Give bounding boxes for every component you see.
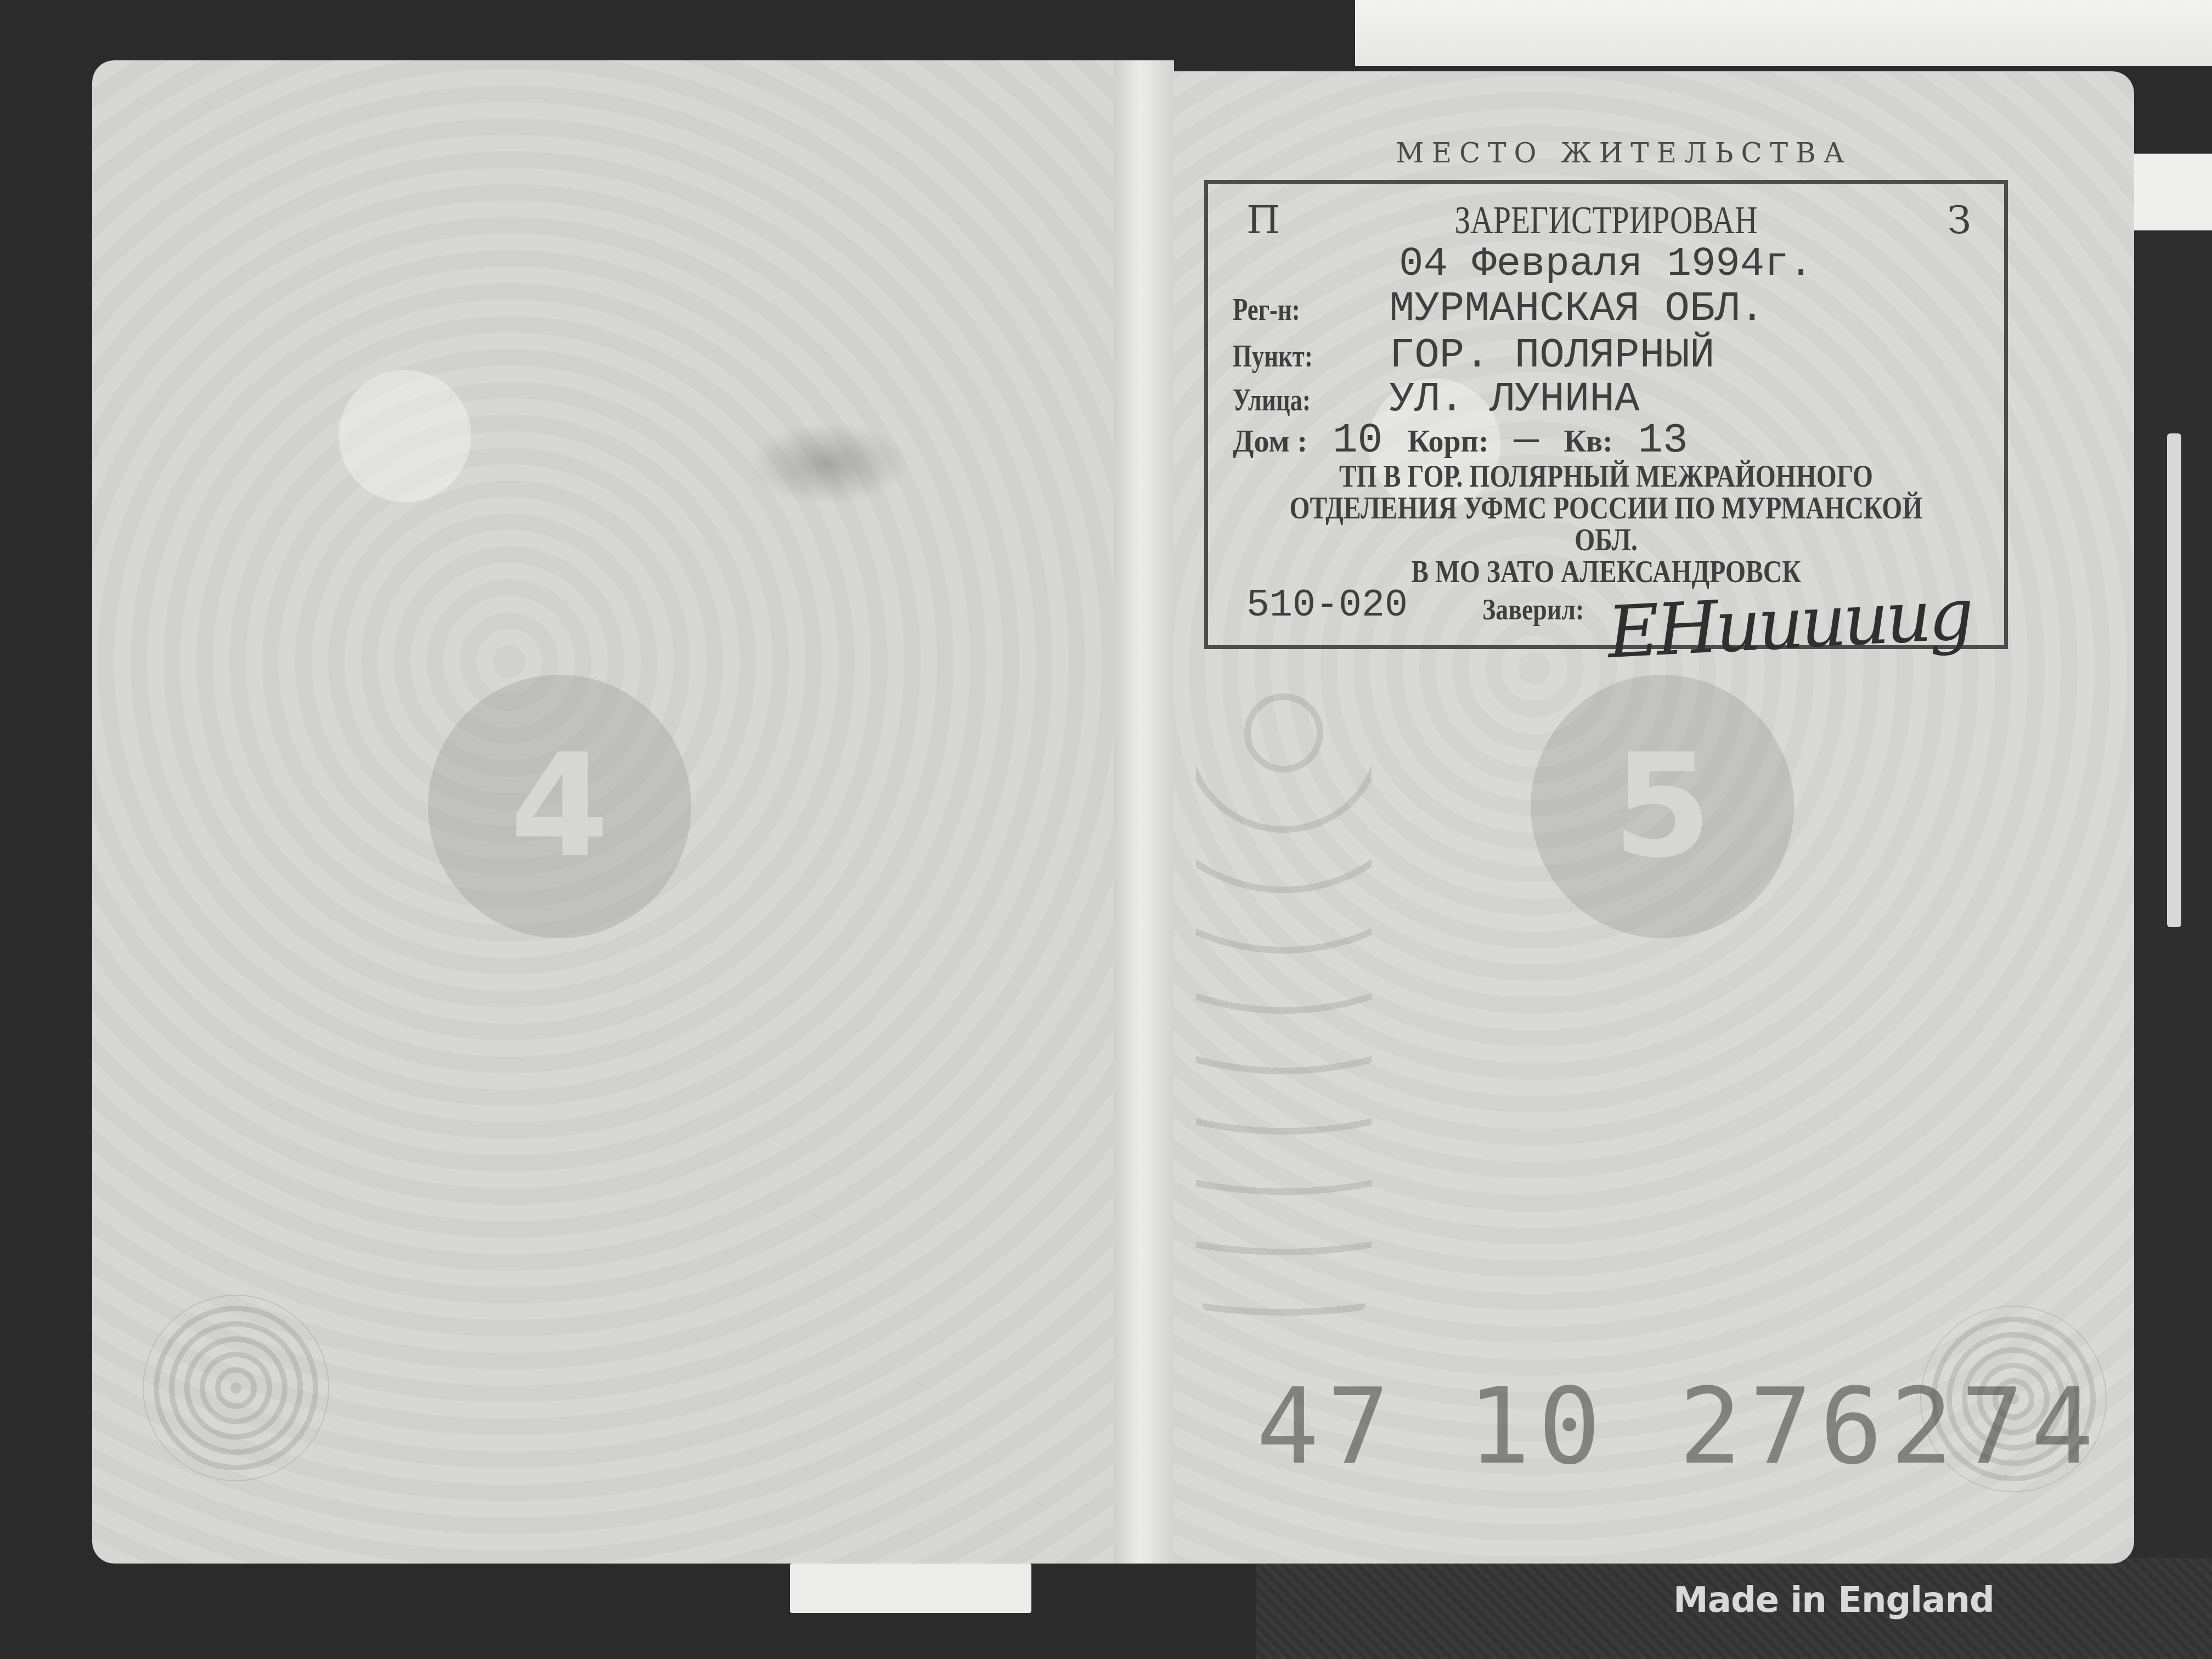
background-paper-sheet [1355,0,2212,66]
street-label: Улица: [1233,383,1338,418]
page-number-watermark-left: 4 [428,675,691,938]
issuing-authority: ТП В ГОР. ПОЛЯРНЫЙ МЕЖРАЙОННОГО ОТДЕЛЕНИ… [1268,461,1944,588]
locality-value: ГОР. ПОЛЯРНЫЙ [1390,332,1715,379]
apartment-label: Кв: [1564,425,1613,459]
house-label: Дом : [1233,425,1307,459]
ink-smudge [746,422,911,505]
registration-date: 04 Февраля 1994г. [1208,241,2004,287]
certified-label: Заверил: [1482,592,1584,627]
stamp-street-row: Улица: УЛ. ЛУНИНА [1233,376,1640,423]
cover-made-in-england-text: Made in England [1673,1580,1994,1621]
page-header: МЕСТО ЖИТЕЛЬСТВА [1366,137,1882,169]
page-gutter [1114,60,1174,1564]
background-paper-edge [2129,154,2212,230]
stamp-house-row: Дом : 10 Корп: — Кв: 13 [1233,417,1688,464]
locality-label: Пункт: [1233,339,1338,374]
building-value: — [1514,417,1539,464]
building-label: Корп: [1408,425,1489,459]
background-light-strip [2167,433,2181,927]
page-number-watermark-right: 5 [1531,675,1794,938]
perforated-serial-number: 47 10 276274 [1256,1366,2102,1487]
rosette-ornament-icon [143,1295,329,1481]
page-tab [790,1564,1031,1613]
authority-line: ТП В ГОР. ПОЛЯРНЫЙ МЕЖРАЙОННОГО [1268,461,1944,493]
region-label: Рег-н: [1233,292,1338,328]
house-value: 10 [1333,417,1383,464]
street-value: УЛ. ЛУНИНА [1390,376,1640,423]
authority-line: ОТДЕЛЕНИЯ УФМС РОССИИ ПО МУРМАНСКОЙ ОБЛ. [1268,493,1944,556]
ornament-border-icon [1196,647,1372,1361]
apartment-value: 13 [1638,417,1688,464]
stamp-corner-left: П [1246,198,1280,242]
stamp-locality-row: Пункт: ГОР. ПОЛЯРНЫЙ [1233,332,1715,379]
stamp-region-row: Рег-н: МУРМАНСКАЯ ОБЛ. [1233,285,1765,332]
region-value: МУРМАНСКАЯ ОБЛ. [1390,285,1765,332]
stamp-corner-right: З [1947,198,1971,242]
stamp-title: ЗАРЕГИСТРИРОВАН [1288,198,1925,243]
authority-code: 510-020 [1246,584,1408,628]
